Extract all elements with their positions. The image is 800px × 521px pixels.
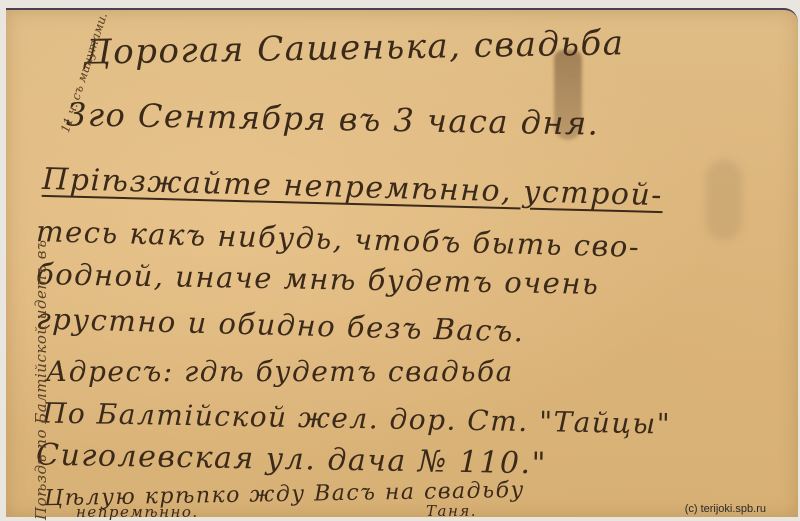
watermark: (c) terijoki.spb.ru [685, 503, 766, 515]
railway-line: По Балтійской жел. дор. Ст. "Тайцы" [42, 397, 672, 441]
postcard: Дорогая Сашенька, свадьба 3го Сентября в… [6, 8, 798, 517]
body-line-4: тесь какъ нибудь, чтобъ быть сво- [36, 214, 641, 264]
body-line-5: бодной, иначе мнѣ будетъ очень [36, 257, 600, 301]
date-line: 3го Сентября въ 3 часа дня. [66, 95, 600, 142]
body-line-6: грустно и обидно безъ Васъ. [36, 302, 525, 349]
address-heading-line: Адресъ: гдѣ будетъ свадьба [46, 355, 514, 388]
margin-note-vertical: Поѣздъ по Балтійской идетъ въ [32, 239, 50, 519]
street-address-line: Сиголевская ул. дача № 110." [36, 438, 547, 482]
paper-smudge [706, 160, 742, 240]
closing-subline: непремѣнно. [76, 503, 199, 519]
signature: Таня. [426, 502, 477, 519]
invitation-line: Пріѣзжайте непремѣнно, устрой- [42, 162, 664, 213]
greeting-line: Дорогая Сашенька, свадьба [84, 23, 625, 72]
